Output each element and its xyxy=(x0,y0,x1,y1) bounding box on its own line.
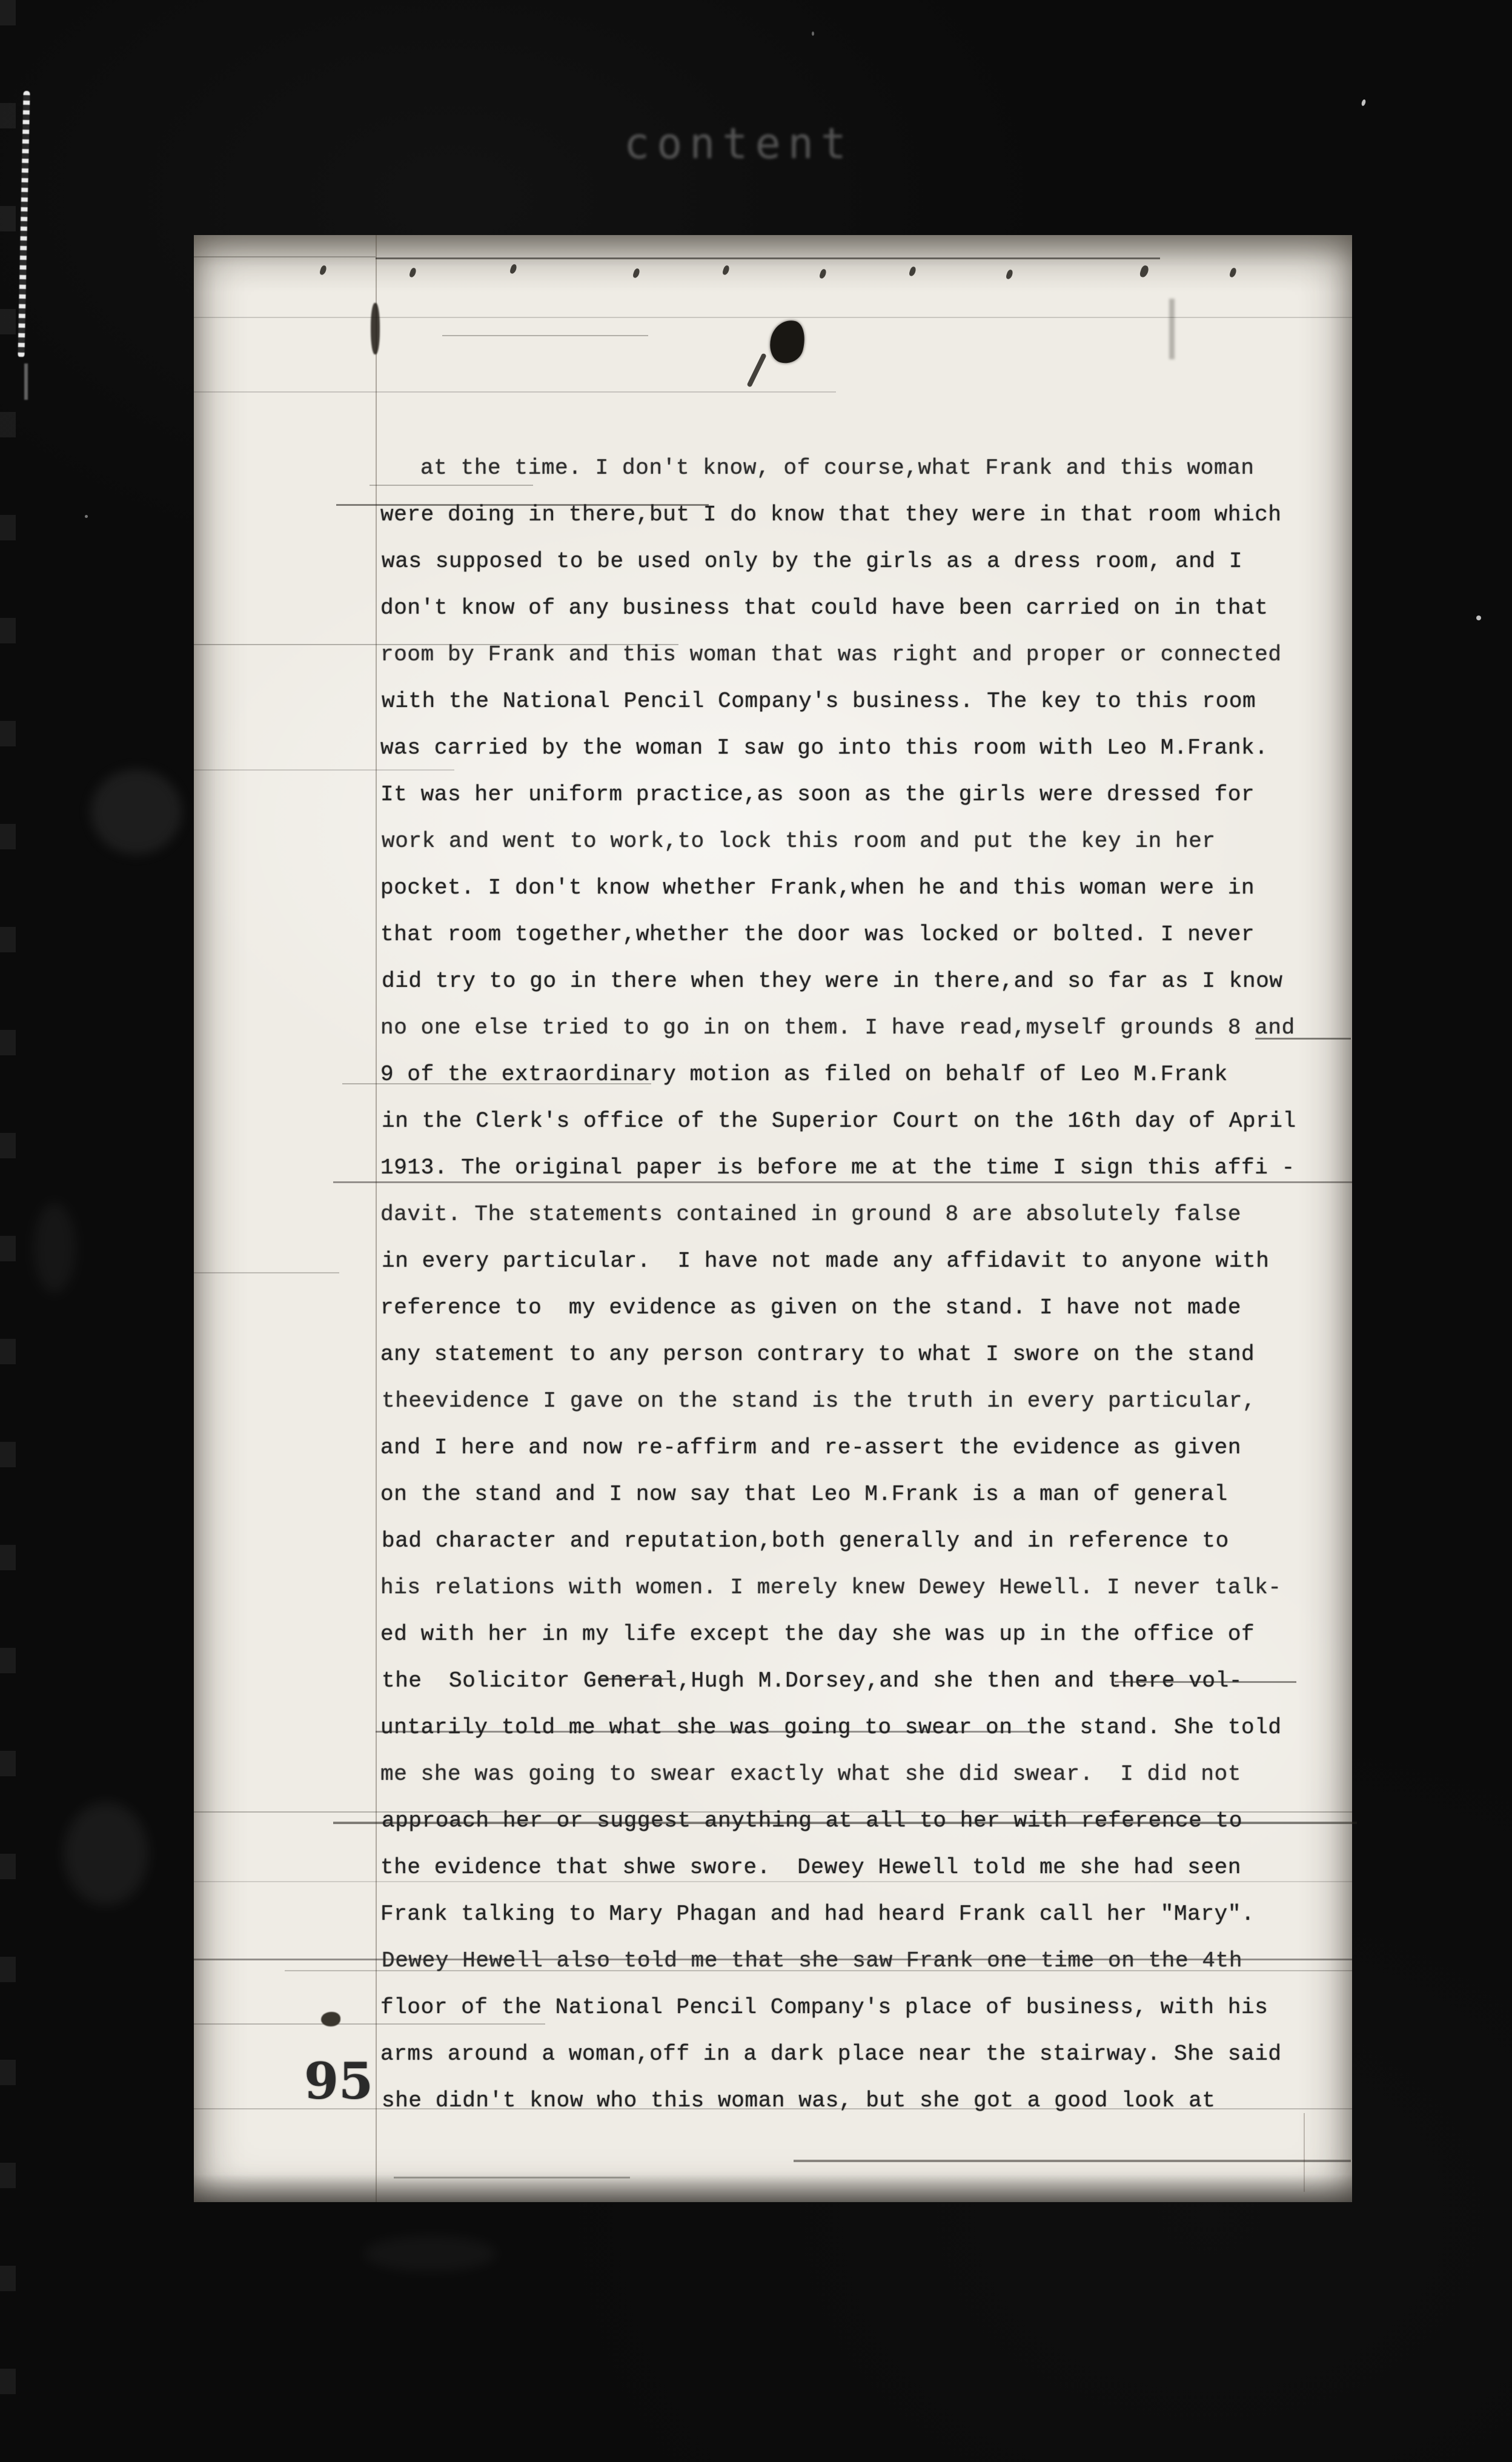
film-edge-markings xyxy=(0,0,16,2462)
dust-speck xyxy=(1139,265,1150,279)
document-text-line: bad character and reputation,both genera… xyxy=(382,1518,1327,1564)
film-smudge xyxy=(33,1203,76,1293)
document-text-line: Dewey Hewell also told me that she saw F… xyxy=(382,1937,1327,1984)
dust-speck xyxy=(909,266,917,277)
bottom-streak xyxy=(394,2177,630,2178)
document-text-line: his relations with women. I merely knew … xyxy=(380,1564,1325,1611)
film-scratch xyxy=(18,91,30,357)
document-text-line: reference to my evidence as given on the… xyxy=(380,1284,1325,1331)
ink-blot xyxy=(371,303,380,354)
ledger-line xyxy=(194,391,836,393)
ledger-line xyxy=(194,1272,339,1273)
film-background: content xyxy=(0,0,1512,2462)
document-text-line: in the Clerk's office of the Superior Co… xyxy=(382,1098,1327,1144)
dust-speck xyxy=(812,32,814,36)
document-text-line: It was her uniform practice,as soon as t… xyxy=(380,771,1325,818)
document-text-line: 1913. The original paper is before me at… xyxy=(380,1144,1325,1191)
dust-speck xyxy=(319,265,328,276)
dust-speck xyxy=(1006,269,1014,280)
dust-speck xyxy=(409,267,417,278)
film-smudge xyxy=(64,1802,148,1905)
page-number: 95 xyxy=(304,2052,373,2111)
document-text-line: me she was going to swear exactly what s… xyxy=(380,1751,1325,1797)
document-text-line: in every particular. I have not made any… xyxy=(382,1238,1327,1284)
dust-speck xyxy=(85,515,88,518)
document-text-line: at the time. I don't know, of course,wha… xyxy=(380,445,1325,491)
document-text-line: no one else tried to go in on them. I ha… xyxy=(380,1004,1325,1051)
document-text-line: on the stand and I now say that Leo M.Fr… xyxy=(380,1471,1325,1518)
document-text-line: pocket. I don't know whether Frank,when … xyxy=(380,864,1325,911)
document-text-line: room by Frank and this woman that was ri… xyxy=(380,631,1325,678)
document-text-line: untarily told me what she was going to s… xyxy=(380,1704,1325,1751)
document-text-line: floor of the National Pencil Company's p… xyxy=(380,1984,1325,2031)
dust-speck xyxy=(632,268,641,279)
document-text-line: were doing in there,but I do know that t… xyxy=(380,491,1325,538)
document-text-line: and I here and now re-affirm and re-asse… xyxy=(380,1424,1325,1471)
ink-blot xyxy=(321,2012,340,2026)
document-text-line: Frank talking to Mary Phagan and had hea… xyxy=(380,1891,1325,1937)
document-text-line: did try to go in there when they were in… xyxy=(382,958,1327,1004)
document-text-line: the evidence that shwe swore. Dewey Hewe… xyxy=(380,1844,1325,1891)
bottom-streak xyxy=(794,2160,1351,2162)
ghost-stamp-text: content xyxy=(624,119,854,168)
ink-blot xyxy=(766,316,809,367)
vertical-rule-fragment xyxy=(1304,2113,1305,2192)
margin-rule-line xyxy=(376,235,377,2202)
affidavit-text-block: at the time. I don't know, of course,wha… xyxy=(380,445,1325,2124)
document-text-line: any statement to any person contrary to … xyxy=(380,1331,1325,1378)
document-page: at the time. I don't know, of course,wha… xyxy=(194,235,1352,2202)
ledger-line xyxy=(376,257,1160,259)
document-text-line: was supposed to be used only by the girl… xyxy=(382,538,1327,585)
document-text-line: approach her or suggest anything at all … xyxy=(382,1797,1327,1844)
ledger-line xyxy=(194,317,1352,318)
film-scratch-small xyxy=(24,363,28,400)
document-text-line: the Solicitor General,Hugh M.Dorsey,and … xyxy=(382,1657,1327,1704)
dust-speck xyxy=(1229,267,1238,278)
document-text-line: work and went to work,to lock this room … xyxy=(382,818,1327,864)
vertical-smudge xyxy=(1169,299,1175,359)
document-text-line: that room together,whether the door was … xyxy=(380,911,1325,958)
document-text-line: ed with her in my life except the day sh… xyxy=(380,1611,1325,1657)
film-smudge xyxy=(363,2235,497,2272)
dust-speck xyxy=(1361,99,1366,106)
ledger-line xyxy=(442,335,648,336)
document-text-line: don't know of any business that could ha… xyxy=(380,585,1325,631)
document-text-line: was carried by the woman I saw go into t… xyxy=(380,725,1325,771)
document-text-line: with the National Pencil Company's busin… xyxy=(382,678,1327,725)
ledger-line xyxy=(194,256,376,257)
dust-speck xyxy=(1476,615,1481,620)
film-smudge xyxy=(91,769,182,854)
dust-speck xyxy=(509,264,518,274)
dust-speck xyxy=(819,268,827,279)
document-text-line: arms around a woman,off in a dark place … xyxy=(380,2031,1325,2077)
document-text-line: 9 of the extraordinary motion as filed o… xyxy=(380,1051,1325,1098)
dust-speck xyxy=(722,265,731,276)
document-text-line: theevidence I gave on the stand is the t… xyxy=(382,1378,1327,1424)
document-text-line: davit. The statements contained in groun… xyxy=(380,1191,1325,1238)
document-text-line: she didn't know who this woman was, but … xyxy=(382,2077,1327,2124)
